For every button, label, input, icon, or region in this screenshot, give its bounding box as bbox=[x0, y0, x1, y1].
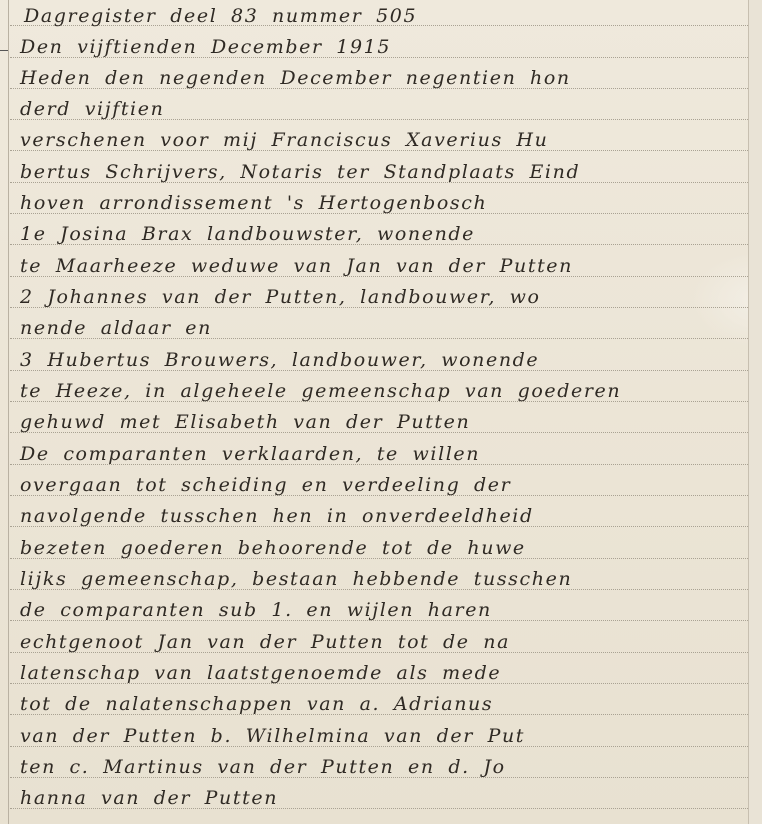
text-line: navolgende tusschen hen in onverdeeldhei… bbox=[20, 504, 740, 528]
text-line: hoven arrondissement 's Hertogenbosch bbox=[20, 191, 740, 215]
text-line: te Heeze, in algeheele gemeenschap van g… bbox=[20, 379, 740, 403]
text-line: 1e Josina Brax landbouwster, wonende bbox=[20, 222, 740, 246]
text-line: te Maarheeze weduwe van Jan van der Putt… bbox=[20, 254, 740, 278]
text-line: van der Putten b. Wilhelmina van der Put bbox=[20, 724, 740, 748]
text-line: tot de nalatenschappen van a. Adrianus bbox=[20, 692, 740, 716]
text-line-date: Den vijftienden December 1915 bbox=[20, 35, 740, 59]
text-line: 2 Johannes van der Putten, landbouwer, w… bbox=[20, 285, 740, 309]
text-line: Heden den negenden December negentien ho… bbox=[20, 66, 740, 90]
text-line: derd vijftien bbox=[20, 97, 740, 121]
text-line: 3 Hubertus Brouwers, landbouwer, wonende bbox=[20, 348, 740, 372]
text-line: echtgenoot Jan van der Putten tot de na bbox=[20, 630, 740, 654]
text-line: ten c. Martinus van der Putten en d. Jo bbox=[20, 755, 740, 779]
left-margin-line bbox=[8, 0, 9, 824]
text-line: gehuwd met Elisabeth van der Putten bbox=[20, 410, 740, 434]
text-line-header: Dagregister deel 83 nummer 505 bbox=[24, 4, 744, 28]
text-line: bertus Schrijvers, Notaris ter Standplaa… bbox=[20, 160, 740, 184]
text-line: hanna van der Putten bbox=[20, 786, 740, 810]
margin-tick-mark bbox=[0, 50, 8, 51]
register-page: Dagregister deel 83 nummer 505 Den vijft… bbox=[0, 0, 762, 824]
text-line: lijks gemeenschap, bestaan hebbende tuss… bbox=[20, 567, 740, 591]
text-line: latenschap van laatstgenoemde als mede bbox=[20, 661, 740, 685]
text-line: de comparanten sub 1. en wijlen haren bbox=[20, 598, 740, 622]
text-line: verschenen voor mij Franciscus Xaverius … bbox=[20, 128, 740, 152]
text-line: nende aldaar en bbox=[20, 316, 740, 340]
text-line: overgaan tot scheiding en verdeeling der bbox=[20, 473, 740, 497]
text-line: De comparanten verklaarden, te willen bbox=[20, 442, 740, 466]
page-edge-strip bbox=[749, 0, 762, 824]
text-line: bezeten goederen behoorende tot de huwe bbox=[20, 536, 740, 560]
